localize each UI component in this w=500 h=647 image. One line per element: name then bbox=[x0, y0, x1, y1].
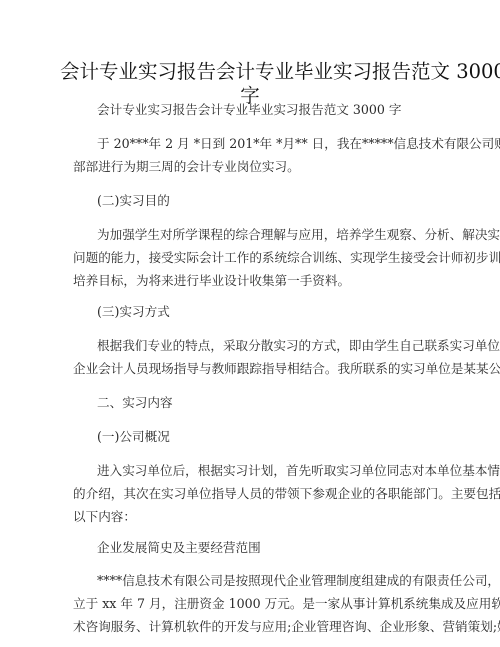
paragraph-line: ****信息技术有限公司是按照现代企业管理制度组建成的有限责任公司，成 bbox=[97, 573, 429, 589]
paragraph-line: 进入实习单位后，根据实习计划，首先听取实习单位同志对本单位基本情况 bbox=[97, 463, 429, 479]
paragraph-line: 培养目标，为将来进行毕业设计收集第一手资料。 bbox=[73, 273, 429, 289]
section-heading: 企业发展简史及主要经营范围 bbox=[97, 540, 429, 556]
paragraph-line: 为加强学生对所学课程的综合理解与应用，培养学生观察、分析、解决实际 bbox=[97, 227, 429, 243]
paragraph-line: 部部进行为期三周的会计专业岗位实习。 bbox=[73, 159, 429, 175]
paragraph-line: 的介绍，其次在实习单位指导人员的带领下参观企业的各职能部门。主要包括了解 bbox=[73, 486, 429, 502]
document-title-line-1: 会计专业实习报告会计专业毕业实习报告范文 3000 bbox=[60, 60, 440, 84]
section-heading: (一)公司概况 bbox=[97, 429, 429, 445]
paragraph-line: 以下内容： bbox=[73, 509, 429, 525]
paragraph-line: 根据我们专业的特点，采取分散实习的方式，即由学生自己联系实习单位， bbox=[97, 338, 429, 354]
paragraph-line: 于 20***年 2 月 *日到 201*年 *月** 日，我在*****信息技… bbox=[97, 136, 429, 152]
section-heading: 二、实习内容 bbox=[97, 395, 429, 411]
section-heading: (二)实习目的 bbox=[97, 193, 429, 209]
paragraph-line: 术咨询服务、计算机软件的开发与应用;企业管理咨询、企业形象、营销策划;媒体 bbox=[73, 619, 429, 635]
section-heading: (三)实习方式 bbox=[97, 304, 429, 320]
document-subtitle: 会计专业实习报告会计专业毕业实习报告范文 3000 字 bbox=[97, 102, 429, 118]
paragraph-line: 问题的能力，接受实际会计工作的系统综合训练、实现学生接受会计师初步训练的 bbox=[73, 250, 429, 266]
paragraph-line: 立于 xx 年 7 月，注册资金 1000 万元。是一家从事计算机系统集成及应用… bbox=[73, 596, 429, 612]
paragraph-line: 企业会计人员现场指导与教师跟踪指导相结合。我所联系的实习单位是某某公司。 bbox=[73, 361, 429, 377]
